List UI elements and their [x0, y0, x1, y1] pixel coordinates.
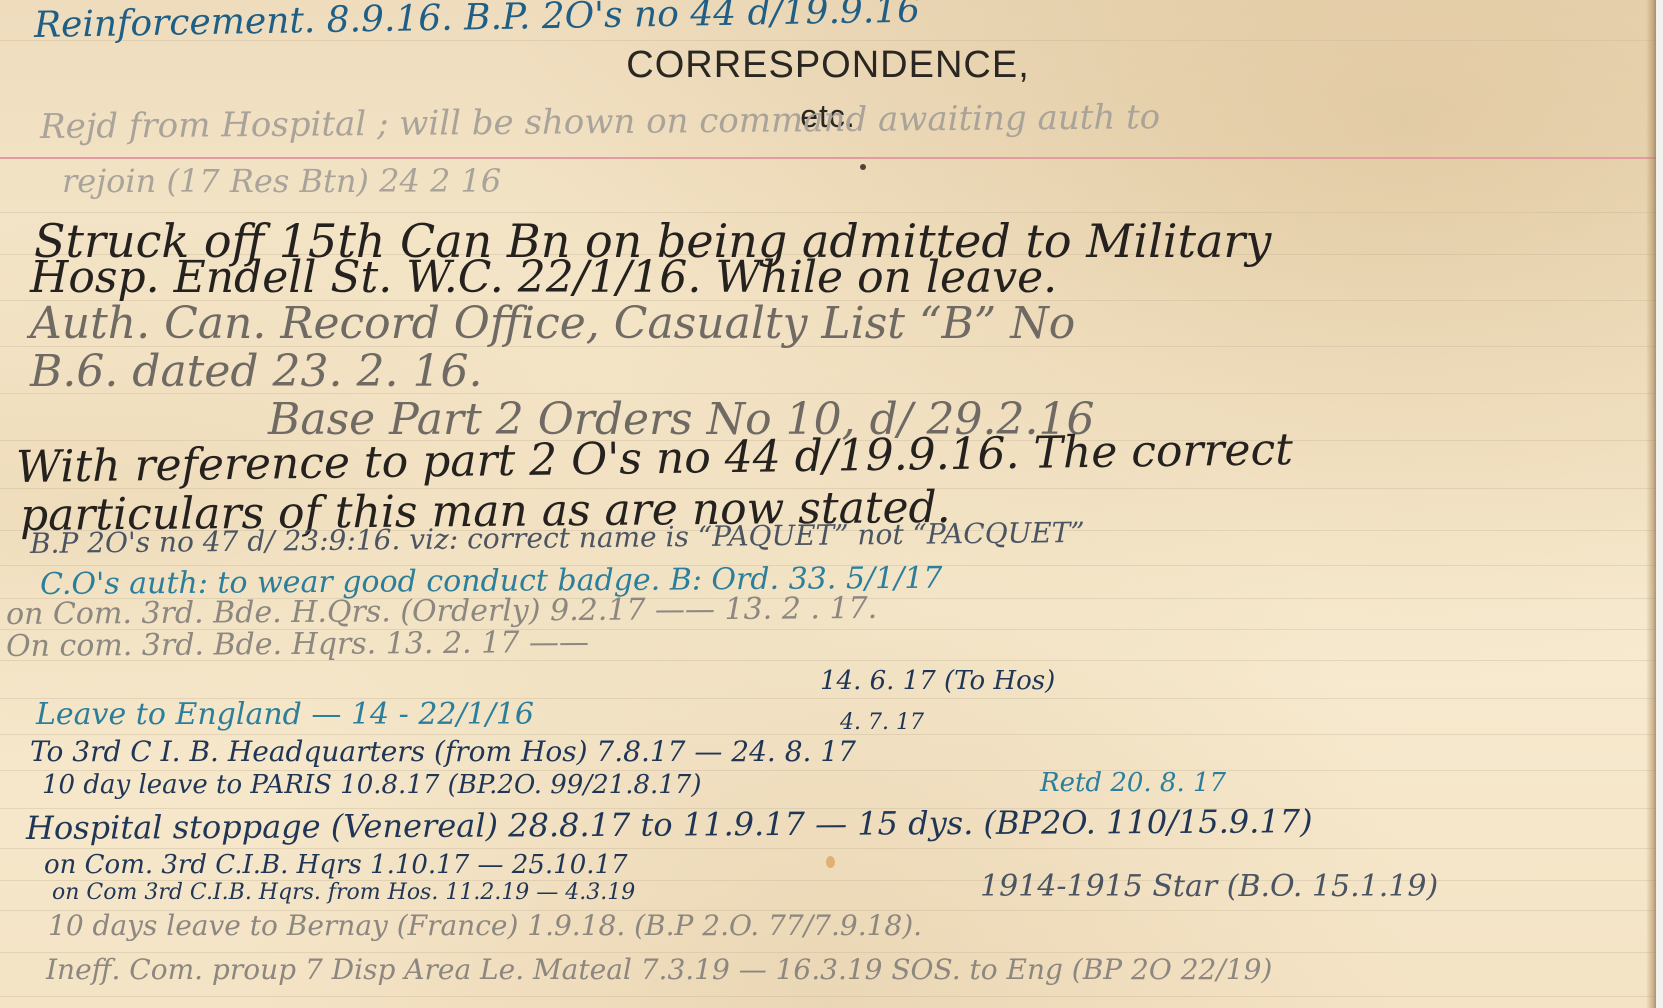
entry-on-com-hqrs: On com. 3rd. Bde. Hqrs. 13. 2. 17 ——	[6, 628, 589, 662]
ruled-line	[0, 212, 1656, 213]
entry-struck-off-cont2: Auth. Can. Record Office, Casualty List …	[30, 302, 1075, 346]
entry-leave-bernay: 10 days leave to Bernay (France) 1.9.18.…	[48, 912, 922, 940]
entry-to-3rd-cib-correction: 4. 7. 17	[840, 712, 924, 734]
red-margin-rule	[0, 157, 1656, 159]
entry-on-com-orderly: on Com. 3rd. Bde. H.Qrs. (Orderly) 9.2.1…	[6, 594, 877, 630]
ink-dot	[860, 164, 866, 170]
entry-star-medal: 1914-1915 Star (B.O. 15.1.19)	[980, 872, 1438, 902]
entry-on-com-from-hos: on Com 3rd C.I.B. Hqrs. from Hos. 11.2.1…	[52, 882, 635, 904]
entry-bp-correction: B.P 2O's no 47 d/ 23:9:16. viz: correct …	[30, 519, 1085, 558]
entry-leave-england: Leave to England — 14 - 22/1/16	[36, 700, 534, 730]
entry-leave-paris: 10 day leave to PARIS 10.8.17 (BP.2O. 99…	[42, 772, 702, 798]
ruled-line	[0, 848, 1656, 849]
entry-reinforcement: Reinforcement. 8.9.16. B.P. 2O's no 44 d…	[34, 0, 921, 44]
entry-leave-paris-returned: Retd 20. 8. 17	[1040, 770, 1226, 796]
entry-rejd-hospital: Rejd from Hospital ; will be shown on co…	[40, 100, 1160, 144]
entry-ineff-com: Ineff. Com. proup 7 Disp Area Le. Mateal…	[46, 956, 1272, 984]
scan-edge	[1656, 0, 1663, 1008]
entry-hospital-stoppage: Hospital stoppage (Venereal) 28.8.17 to …	[26, 805, 1313, 844]
entry-on-com-hqrs-end: 14. 6. 17 (To Hos)	[820, 668, 1055, 694]
entry-struck-off-cont1: Hosp. Endell St. W.C. 22/1/16. While on …	[30, 256, 1057, 300]
entry-on-com-cib-hqrs: on Com. 3rd C.I.B. Hqrs 1.10.17 — 25.10.…	[44, 852, 628, 878]
printed-heading: CORRESPONDENCE,	[0, 44, 1656, 87]
entry-with-reference: With reference to part 2 O's no 44 d/19.…	[16, 428, 1293, 490]
entry-rejd-hospital-cont: rejoin (17 Res Btn) 24 2 16	[62, 165, 501, 197]
entry-struck-off-cont3: B.6. dated 23. 2. 16.	[30, 350, 482, 394]
ink-stain	[826, 856, 835, 868]
ruled-line	[0, 996, 1656, 997]
service-record-card: CORRESPONDENCE, etc. Reinforcement. 8.9.…	[0, 0, 1656, 1008]
entry-to-3rd-cib: To 3rd C I. B. Headquarters (from Hos) 7…	[30, 738, 856, 766]
